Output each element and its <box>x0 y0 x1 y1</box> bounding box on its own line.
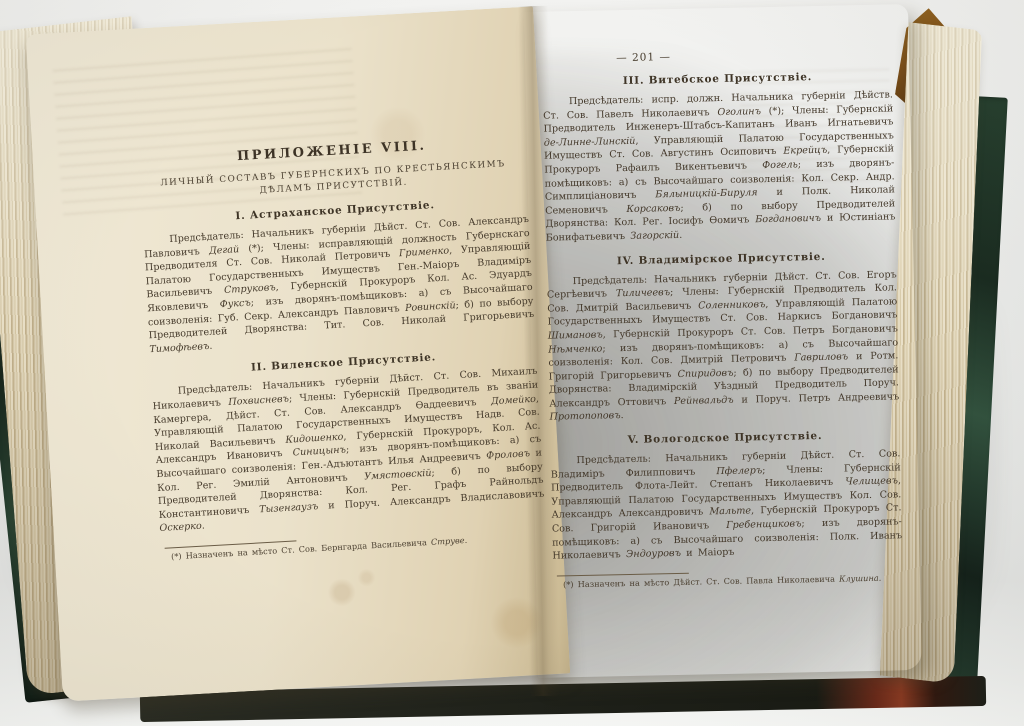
section-title-vladimir: IV. Владимірское Присутствіе. <box>546 249 896 268</box>
photo-of-open-book: ПРИЛОЖЕНІЕ VIII. ЛИЧНЫЙ СОСТАВЪ ГУБЕРНСК… <box>0 0 1024 726</box>
footnote-rule <box>557 573 689 577</box>
section-body-vilna: Предсѣдатель: Начальникъ губерніи Дѣйст.… <box>152 365 546 536</box>
left-page: ПРИЛОЖЕНІЕ VIII. ЛИЧНЫЙ СОСТАВЪ ГУБЕРНСК… <box>26 6 570 701</box>
footnote-right: (*) Назначенъ на мѣсто Дѣйст. Ст. Сов. П… <box>553 568 903 590</box>
right-page-text: — 201 — III. Витебское Присутствіе. Пред… <box>542 46 903 590</box>
section-body-astrakhan: Предсѣдатель: Начальникъ губерніи Дѣйст.… <box>143 213 535 357</box>
section-title-vitebsk: III. Витебское Присутствіе. <box>542 69 892 88</box>
section-body-vologda: Предсѣдатель: Начальникъ губерніи Дѣйст.… <box>550 447 902 563</box>
left-page-text: ПРИЛОЖЕНІЕ VIII. ЛИЧНЫЙ СОСТАВЪ ГУБЕРНСК… <box>139 133 554 678</box>
page-number: — 201 — <box>542 49 745 65</box>
footnote-left-text: (*) Назначенъ на мѣсто Ст. Сов. Бернгард… <box>161 530 547 563</box>
right-page: — 201 — III. Витебское Присутствіе. Пред… <box>524 4 922 678</box>
section-title-vologda: V. Вологодское Присутствіе. <box>550 428 900 447</box>
section-body-vitebsk: Предсѣдатель: испр. должн. Начальника гу… <box>543 88 896 245</box>
section-body-vladimir: Предсѣдатель: Начальникъ губерніи Дѣйст.… <box>547 268 900 425</box>
